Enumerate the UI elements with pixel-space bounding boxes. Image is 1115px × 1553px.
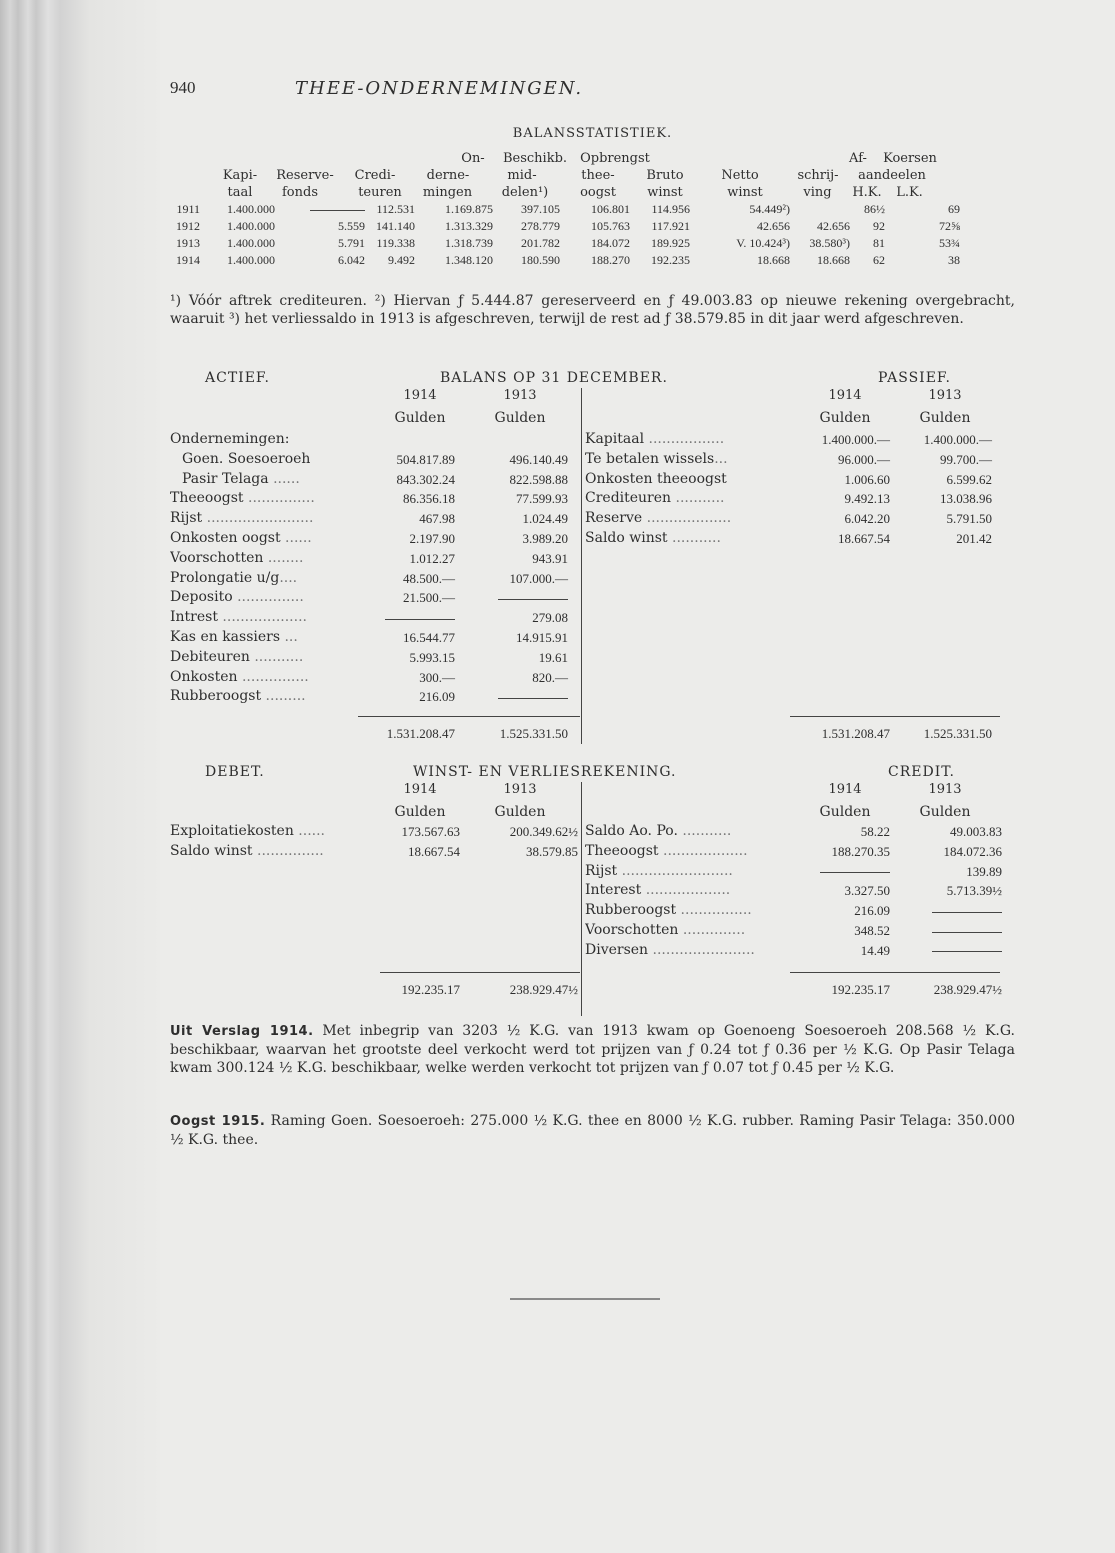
actief-year-2: 1913 [470, 388, 570, 403]
ledger-label-text: Pasir Telaga [182, 471, 269, 487]
ledger-line: Kas en kassiers ...16.544.7714.915.91 [170, 628, 580, 648]
leader-dots: ......................... [617, 863, 733, 879]
ledger-label-text: Rijst [585, 863, 617, 879]
leader-dots: ... [714, 451, 727, 467]
value-1914: 3.327.50 [780, 881, 890, 901]
ledger-label: Goen. Soesoeroeh [182, 450, 360, 470]
ledger-label-text: Goen. Soesoeroeh [182, 451, 310, 467]
value-1914: 843.302.24 [355, 470, 455, 490]
credit-title: CREDIT. [888, 764, 955, 780]
ledger-line: Saldo Ao. Po. ...........58.2249.003.83 [585, 822, 1015, 842]
leader-dots: ......... [261, 688, 306, 704]
actief-total-rule [358, 716, 580, 717]
ledger-label-text: Theeoogst [170, 490, 244, 506]
value-1913: 77.599.93 [465, 489, 568, 509]
stats-header-cell: Credi- [345, 167, 405, 184]
ledger-line: Rijst .........................139.89 [585, 862, 1015, 882]
passief-list: Kapitaal .................1.400.000.—1.4… [585, 430, 1015, 549]
column-divider [581, 388, 582, 744]
ledger-label: Interest ................... [585, 881, 790, 901]
stats-cell: 9.492 [355, 252, 415, 269]
value-1913: 49.003.83 [892, 822, 1002, 842]
stats-header-cell: taal [215, 184, 265, 201]
value-1914: 18.667.54 [780, 529, 890, 549]
ledger-label: Onkosten theeoogst [585, 470, 785, 490]
value-1913: 1.400.000.— [892, 430, 992, 450]
stats-header-cell: H.K. [847, 184, 887, 201]
empty-dash [932, 932, 1002, 933]
value-1914: 6.042.20 [780, 509, 890, 529]
value-1914: 5.993.15 [355, 648, 455, 668]
ledger-label: Crediteuren ........... [585, 489, 785, 509]
stats-cell: 69 [905, 201, 960, 218]
stats-header-cell: Af- [838, 150, 878, 167]
value-1913 [892, 901, 1002, 921]
ledger-label: Diversen ....................... [585, 941, 790, 961]
ledger-label-text: Onkosten theeoogst [585, 471, 727, 487]
value-1913: 201.42 [892, 529, 992, 549]
value-1913 [465, 588, 568, 608]
ledger-label-text: Deposito [170, 589, 233, 605]
ledger-line: Debiteuren ...........5.993.1519.61 [170, 648, 580, 668]
value-1913: 13.038.96 [892, 489, 992, 509]
stats-cell: 192.235 [610, 252, 690, 269]
stats-cell: 1.400.000 [195, 235, 275, 252]
leader-dots: ...... [294, 823, 325, 839]
ledger-label-text: Voorschotten [585, 922, 678, 938]
stats-header-cell: Opbrengst [575, 150, 655, 167]
empty-dash [385, 619, 455, 620]
ledger-label: Onkosten oogst ...... [170, 529, 360, 549]
value-1913: 279.08 [465, 608, 568, 628]
leader-dots: ............... [233, 589, 304, 605]
value-1913: 5.713.39½ [892, 881, 1002, 901]
value-1914: 1.400.000.— [780, 430, 890, 450]
leader-dots: ........... [668, 530, 721, 546]
stats-header-cell: fonds [270, 184, 330, 201]
stats-cell: 114.956 [610, 201, 690, 218]
empty-dash [932, 912, 1002, 913]
stats-cell: 53¾ [905, 235, 960, 252]
value-1914: 504.817.89 [355, 450, 455, 470]
credit-unit-2: Gulden [895, 804, 995, 820]
value-1914: 300.— [355, 668, 455, 688]
ledger-label: Te betalen wissels... [585, 450, 785, 470]
ledger-label-text: Exploitatiekosten [170, 823, 294, 839]
ledger-label-text: Ondernemingen: [170, 431, 290, 447]
value-1914: 9.492.13 [780, 489, 890, 509]
ledger-label: Voorschotten .............. [585, 921, 790, 941]
debet-unit-2: Gulden [470, 804, 570, 820]
value-1913 [892, 941, 1002, 961]
actief-title: ACTIEF. [205, 370, 270, 386]
ledger-label: Saldo winst ........... [585, 529, 785, 549]
ledger-line: Kapitaal .................1.400.000.—1.4… [585, 430, 1015, 450]
stats-cell: 1.169.875 [413, 201, 493, 218]
ledger-label-text: Diversen [585, 942, 648, 958]
profit-loss-titles: DEBET. WINST- EN VERLIESREKENING. CREDIT… [170, 764, 1015, 784]
credit-unit-1: Gulden [795, 804, 895, 820]
ledger-label: Voorschotten ........ [170, 549, 360, 569]
harvest-text: Raming Goen. Soesoeroeh: 275.000 ½ K.G. … [170, 1113, 1015, 1148]
credit-total-1914: 192.235.17 [780, 982, 890, 998]
value-1914: 86.356.18 [355, 489, 455, 509]
stats-header-cell: Bruto [635, 167, 695, 184]
stats-header-cell: oogst [568, 184, 628, 201]
value-1913 [465, 687, 568, 707]
leader-dots: ....................... [648, 942, 755, 958]
credit-list: Saldo Ao. Po. ...........58.2249.003.83T… [585, 822, 1015, 961]
ledger-line: Ondernemingen: [170, 430, 580, 450]
ledger-label-text: Theeoogst [585, 843, 659, 859]
stats-cell: 1.400.000 [195, 218, 275, 235]
stats-cell: 1.400.000 [195, 252, 275, 269]
ledger-label: Saldo winst ............... [170, 842, 375, 862]
balance-sheet: ACTIEF. BALANS OP 31 DECEMBER. PASSIEF. … [170, 370, 1015, 390]
value-1913: 6.599.62 [892, 470, 992, 490]
stats-cell: 5.559 [285, 218, 365, 235]
ledger-label-text: Rubberoogst [585, 902, 676, 918]
ledger-line: Onkosten theeoogst1.006.606.599.62 [585, 470, 1015, 490]
value-1913: 107.000.— [465, 569, 568, 589]
value-1914: 48.500.— [355, 569, 455, 589]
running-title: THEE-ONDERNEMINGEN. [295, 78, 583, 99]
value-1914: 467.98 [355, 509, 455, 529]
value-1914: 216.09 [780, 901, 890, 921]
value-1913: 822.598.88 [465, 470, 568, 490]
column-divider [581, 782, 582, 1016]
leader-dots: ................ [676, 902, 752, 918]
ledger-label: Saldo Ao. Po. ........... [585, 822, 790, 842]
stats-header-cell: winst [635, 184, 695, 201]
footnotes: ¹) Vóór aftrek crediteuren. ²) Hiervan ƒ… [170, 292, 1015, 328]
stats-header-cell: thee- [568, 167, 628, 184]
stats-cell: 1.318.739 [413, 235, 493, 252]
passief-year-1: 1914 [795, 388, 895, 403]
debet-title: DEBET. [205, 764, 265, 780]
ledger-label: Debiteuren ........... [170, 648, 360, 668]
value-1914: 21.500.— [355, 588, 455, 608]
ledger-label: Onkosten ............... [170, 668, 360, 688]
stats-header-cell: On- [453, 150, 493, 167]
ledger-line: Theeoogst ...............86.356.1877.599… [170, 489, 580, 509]
passief-unit-2: Gulden [895, 410, 995, 426]
leader-dots: ........ [263, 550, 303, 566]
stats-header-row: Kapi-Reserve-Credi-derne-mid-thee-BrutoN… [170, 167, 1015, 184]
leader-dots: ................... [642, 510, 731, 526]
ledger-label-text: Rijst [170, 510, 202, 526]
value-1913: 99.700.— [892, 450, 992, 470]
stats-header-cell: Kapi- [215, 167, 265, 184]
value-1913: 200.349.62½ [465, 822, 578, 842]
leader-dots: ................... [218, 609, 307, 625]
ledger-line: Goen. Soesoeroeh504.817.89496.140.49 [170, 450, 580, 470]
ledger-line: Te betalen wissels...96.000.—99.700.— [585, 450, 1015, 470]
stats-cell: 38 [905, 252, 960, 269]
ledger-line: Saldo winst ...........18.667.54201.42 [585, 529, 1015, 549]
actief-unit-1: Gulden [370, 410, 470, 426]
value-1913: 820.— [465, 668, 568, 688]
value-1914: 16.544.77 [355, 628, 455, 648]
stats-header-cell: Reserve- [265, 167, 345, 184]
ledger-line: Theeoogst ...................188.270.351… [585, 842, 1015, 862]
leader-dots: ........... [250, 649, 303, 665]
ledger-line: Onkosten oogst ......2.197.903.989.20 [170, 529, 580, 549]
leader-dots: ................... [641, 882, 730, 898]
credit-total-1913: 238.929.47½ [892, 982, 1002, 998]
leader-dots: ............... [253, 843, 324, 859]
value-1913: 3.989.20 [465, 529, 568, 549]
credit-year-1: 1914 [795, 782, 895, 797]
balance-statistics-table: On-Beschikb.OpbrengstAf-KoersenKapi-Rese… [170, 150, 1015, 269]
debet-unit-1: Gulden [370, 804, 470, 820]
value-1913: 14.915.91 [465, 628, 568, 648]
actief-total-1913: 1.525.331.50 [465, 726, 568, 742]
ledger-line: Diversen .......................14.49 [585, 941, 1015, 961]
ledger-label-text: Intrest [170, 609, 218, 625]
stats-cell: 5.791 [285, 235, 365, 252]
value-1914: 14.49 [780, 941, 890, 961]
harvest-heading: Oogst 1915. [170, 1114, 265, 1129]
debet-list: Exploitatiekosten ......173.567.63200.34… [170, 822, 580, 862]
stats-header-cell: winst [715, 184, 775, 201]
value-1913: 5.791.50 [892, 509, 992, 529]
bleed-through-rule [510, 1298, 660, 1300]
value-1913 [892, 921, 1002, 941]
actief-unit-2: Gulden [470, 410, 570, 426]
ledger-label: Kapitaal ................. [585, 430, 785, 450]
ledger-label-text: Saldo winst [170, 843, 253, 859]
stats-header-cell: Koersen [875, 150, 945, 167]
value-1913: 38.579.85 [465, 842, 578, 862]
ledger-label-text: Te betalen wissels [585, 451, 714, 467]
leader-dots: ................. [644, 431, 724, 447]
ledger-line: Rubberoogst .........216.09 [170, 687, 580, 707]
stats-header-cell: mid- [492, 167, 552, 184]
stats-header-cell: aandeelen [852, 167, 932, 184]
ledger-line: Pasir Telaga ......843.302.24822.598.88 [170, 470, 580, 490]
debet-total-1914: 192.235.17 [360, 982, 460, 998]
ledger-label: Theeoogst ............... [170, 489, 360, 509]
ledger-line: Intrest ...................279.08 [170, 608, 580, 628]
stats-header-cell: mingen [410, 184, 485, 201]
ledger-line: Prolongatie u/g....48.500.—107.000.— [170, 569, 580, 589]
balance-sheet-title: BALANS OP 31 DECEMBER. [440, 370, 668, 386]
stats-cell: 54.449²) [700, 201, 790, 218]
passief-total-1913: 1.525.331.50 [892, 726, 992, 742]
ledger-label-text: Onkosten oogst [170, 530, 281, 546]
ledger-line: Interest ...................3.327.505.71… [585, 881, 1015, 901]
stats-header-cell: teuren [350, 184, 410, 201]
ledger-label-text: Onkosten [170, 669, 238, 685]
stats-header-cell: schrij- [788, 167, 848, 184]
ledger-label: Deposito ............... [170, 588, 360, 608]
ledger-label-text: Reserve [585, 510, 642, 526]
ledger-line: Reserve ...................6.042.205.791… [585, 509, 1015, 529]
ledger-label: Rubberoogst ......... [170, 687, 360, 707]
ledger-line: Voorschotten ........1.012.27943.91 [170, 549, 580, 569]
stats-row: 19121.400.0005.559141.1401.313.329278.77… [170, 218, 1015, 235]
ledger-line: Crediteuren ...........9.492.1313.038.96 [585, 489, 1015, 509]
stats-cell: 112.531 [355, 201, 415, 218]
stats-cell [285, 201, 365, 218]
value-1914: 188.270.35 [780, 842, 890, 862]
value-1914: 348.52 [780, 921, 890, 941]
leader-dots: ... [280, 629, 298, 645]
leader-dots: ...... [281, 530, 312, 546]
stats-cell: 86½ [835, 201, 885, 218]
ledger-line: Onkosten ...............300.—820.— [170, 668, 580, 688]
ledger-label: Reserve ................... [585, 509, 785, 529]
stats-header-cell: Netto [710, 167, 770, 184]
value-1914: 96.000.— [780, 450, 890, 470]
stats-cell: 1.313.329 [413, 218, 493, 235]
value-1914: 173.567.63 [360, 822, 460, 842]
harvest-paragraph: Oogst 1915. Raming Goen. Soesoeroeh: 275… [170, 1112, 1015, 1149]
empty-dash [498, 698, 568, 699]
empty-dash [498, 599, 568, 600]
stats-row: 19111.400.000112.5311.169.875397.105106.… [170, 201, 1015, 218]
ledger-label-text: Saldo Ao. Po. [585, 823, 678, 839]
value-1913: 139.89 [892, 862, 1002, 882]
ledger-label-text: Rubberoogst [170, 688, 261, 704]
stats-header-row: On-Beschikb.OpbrengstAf-Koersen [170, 150, 1015, 167]
debet-total-1913: 238.929.47½ [465, 982, 578, 998]
debet-total-rule [380, 972, 580, 973]
leader-dots: ............... [244, 490, 315, 506]
stats-cell: 119.338 [355, 235, 415, 252]
balance-sheet-titles: ACTIEF. BALANS OP 31 DECEMBER. PASSIEF. [170, 370, 1015, 390]
empty-dash [820, 872, 890, 873]
debet-year-1: 1914 [370, 782, 470, 797]
stats-header-cell: derne- [413, 167, 483, 184]
ledger-label: Pasir Telaga ...... [182, 470, 360, 490]
stats-header-cell: Beschikb. [500, 150, 570, 167]
ledger-label: Rijst ......................... [585, 862, 790, 882]
ledger-label: Exploitatiekosten ...... [170, 822, 375, 842]
stats-row: 19141.400.0006.0429.4921.348.120180.5901… [170, 252, 1015, 269]
leader-dots: ................... [659, 843, 748, 859]
credit-year-2: 1913 [895, 782, 995, 797]
stats-cell: 1.400.000 [195, 201, 275, 218]
stats-title: BALANSSTATISTIEK. [170, 126, 1015, 141]
value-1914: 1.012.27 [355, 549, 455, 569]
actief-list: Ondernemingen:Goen. Soesoeroeh504.817.89… [170, 430, 580, 707]
ledger-label: Theeoogst ................... [585, 842, 790, 862]
ledger-label-text: Crediteuren [585, 490, 671, 506]
ledger-label-text: Voorschotten [170, 550, 263, 566]
passief-total-rule [790, 716, 1000, 717]
annual-report-paragraph: Uit Verslag 1914. Met inbegrip van 3203 … [170, 1022, 1015, 1077]
value-1914: 2.197.90 [355, 529, 455, 549]
ledger-label-text: Interest [585, 882, 641, 898]
ledger-line: Rubberoogst ................216.09 [585, 901, 1015, 921]
ledger-label-text: Debiteuren [170, 649, 250, 665]
ledger-label-text: Prolongatie u/g [170, 570, 279, 586]
ledger-label: Kas en kassiers ... [170, 628, 360, 648]
stats-cell: 62 [835, 252, 885, 269]
ledger-line: Saldo winst ...............18.667.5438.5… [170, 842, 580, 862]
passief-title: PASSIEF. [878, 370, 951, 386]
stats-header-cell: L.K. [892, 184, 927, 201]
value-1914: 1.006.60 [780, 470, 890, 490]
empty-dash [932, 951, 1002, 952]
value-1914 [780, 862, 890, 882]
passief-unit-1: Gulden [795, 410, 895, 426]
stats-header-row: taalfondsteurenmingendelen¹)oogstwinstwi… [170, 184, 1015, 201]
stats-header-cell: ving [790, 184, 845, 201]
leader-dots: ............... [238, 669, 309, 685]
actief-total-1914: 1.531.208.47 [355, 726, 455, 742]
ledger-line: Voorschotten ..............348.52 [585, 921, 1015, 941]
ledger-line: Rijst ........................467.981.02… [170, 509, 580, 529]
passief-total-1914: 1.531.208.47 [780, 726, 890, 742]
credit-total-rule [790, 972, 1000, 973]
value-1914: 216.09 [355, 687, 455, 707]
ledger-label: Ondernemingen: [170, 430, 360, 450]
ledger-label-text: Kapitaal [585, 431, 644, 447]
leader-dots: ........... [678, 823, 731, 839]
value-1914 [355, 608, 455, 628]
value-1913: 496.140.49 [465, 450, 568, 470]
stats-cell: 117.921 [610, 218, 690, 235]
book-binding-edge [0, 0, 160, 1553]
leader-dots: .... [279, 570, 297, 586]
stats-cell: 141.140 [355, 218, 415, 235]
page-number: 940 [170, 78, 196, 98]
stats-cell: 92 [835, 218, 885, 235]
stats-cell: 1.348.120 [413, 252, 493, 269]
value-1913: 19.61 [465, 648, 568, 668]
ledger-label: Intrest ................... [170, 608, 360, 628]
debet-year-2: 1913 [470, 782, 570, 797]
ledger-label: Rijst ........................ [170, 509, 360, 529]
leader-dots: ........... [671, 490, 724, 506]
value-1913: 1.024.49 [465, 509, 568, 529]
passief-year-2: 1913 [895, 388, 995, 403]
ledger-label: Rubberoogst ................ [585, 901, 790, 921]
ledger-label-text: Saldo winst [585, 530, 668, 546]
annual-report-heading: Uit Verslag 1914. [170, 1024, 314, 1039]
value-1913: 943.91 [465, 549, 568, 569]
stats-header-cell: delen¹) [490, 184, 560, 201]
ledger-line: Exploitatiekosten ......173.567.63200.34… [170, 822, 580, 842]
leader-dots: ...... [269, 471, 300, 487]
ledger-label: Prolongatie u/g.... [170, 569, 360, 589]
actief-year-1: 1914 [370, 388, 470, 403]
stats-cell: 189.925 [610, 235, 690, 252]
leader-dots: .............. [678, 922, 745, 938]
profit-loss-title: WINST- EN VERLIESREKENING. [413, 764, 677, 780]
leader-dots: ........................ [202, 510, 313, 526]
profit-loss-account: DEBET. WINST- EN VERLIESREKENING. CREDIT… [170, 764, 1015, 784]
stats-cell: 72⅝ [905, 218, 960, 235]
ledger-label-text: Kas en kassiers [170, 629, 280, 645]
stats-cell: 6.042 [285, 252, 365, 269]
stats-cell: 81 [835, 235, 885, 252]
ledger-line: Deposito ...............21.500.— [170, 588, 580, 608]
stats-row: 19131.400.0005.791119.3381.318.739201.78… [170, 235, 1015, 252]
value-1913: 184.072.36 [892, 842, 1002, 862]
value-1914: 18.667.54 [360, 842, 460, 862]
value-1914: 58.22 [780, 822, 890, 842]
